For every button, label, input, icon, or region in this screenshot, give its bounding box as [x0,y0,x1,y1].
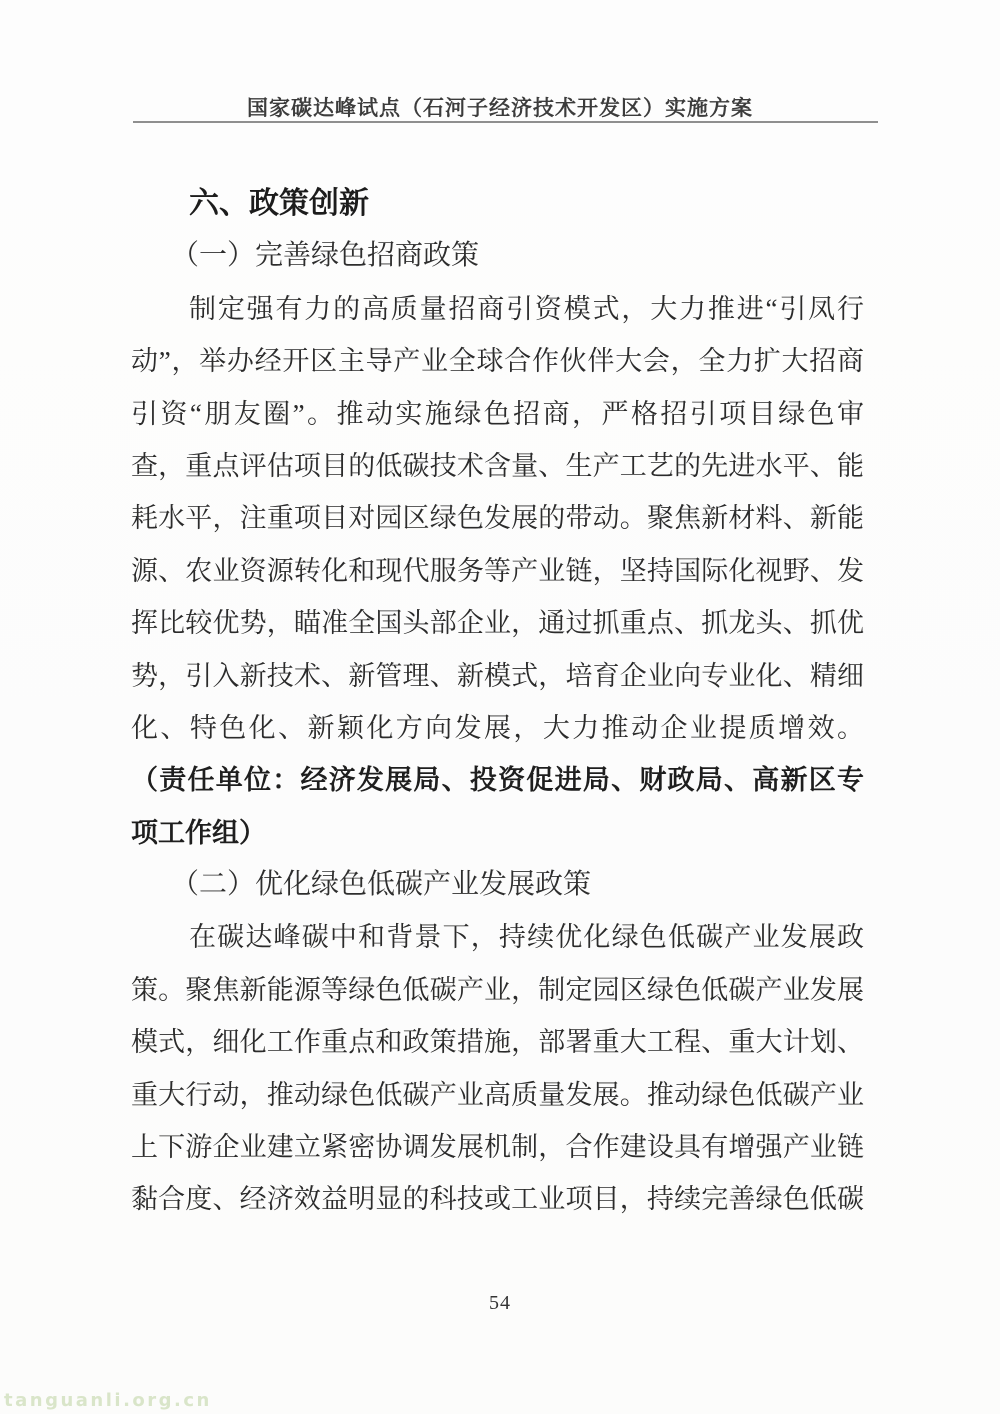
paragraph-line: 查，重点评估项目的低碳技术含量、生产工艺的先进水平、能 [131,440,864,492]
paragraph-line: 上下游企业建立紧密协调发展机制，合作建设具有增强产业链 [131,1121,864,1173]
paragraph-line: 在碳达峰碳中和背景下，持续优化绿色低碳产业发展政 [131,911,864,963]
responsible-unit-note: （责任单位：经济发展局、投资促进局、财政局、高新区专 [131,754,864,806]
paragraph-line: 源、农业资源转化和现代服务等产业链，坚持国际化视野、发 [131,545,864,597]
paragraph-line: 模式，细化工作重点和政策措施，部署重大工程、重大计划、 [131,1016,864,1068]
paragraph-line: 化、特色化、新颖化方向发展，大力推动企业提质增效。 [131,702,864,754]
document-body: 六、政策创新 （一）完善绿色招商政策 制定强有力的高质量招商引资模式，大力推进“… [131,178,864,1226]
document-page: 国家碳达峰试点（石河子经济技术开发区）实施方案 六、政策创新 （一）完善绿色招商… [0,0,1000,1414]
paragraph-line: 耗水平，注重项目对园区绿色发展的带动。聚焦新材料、新能 [131,492,864,544]
responsible-unit-note: 项工作组） [131,807,864,859]
page-number: 54 [0,1292,1000,1315]
section-heading: 六、政策创新 [131,178,864,230]
site-watermark: tanguanli.org.cn [4,1390,212,1411]
paragraph-line: 动”，举办经开区主导产业全球合作伙伴大会，全力扩大招商 [131,335,864,387]
paragraph-line: 重大行动，推动绿色低碳产业高质量发展。推动绿色低碳产业 [131,1069,864,1121]
subsection-heading-1: （一）完善绿色招商政策 [131,230,864,282]
paragraph-line: 策。聚焦新能源等绿色低碳产业，制定园区绿色低碳产业发展 [131,964,864,1016]
header-divider-rule [133,121,878,123]
page-header-title: 国家碳达峰试点（石河子经济技术开发区）实施方案 [0,92,1000,122]
paragraph-line: 黏合度、经济效益明显的科技或工业项目，持续完善绿色低碳 [131,1173,864,1225]
paragraph-line: 挥比较优势，瞄准全国头部企业，通过抓重点、抓龙头、抓优 [131,597,864,649]
paragraph-line: 势，引入新技术、新管理、新模式，培育企业向专业化、精细 [131,650,864,702]
paragraph-line: 引资“朋友圈”。推动实施绿色招商，严格招引项目绿色审 [131,388,864,440]
subsection-heading-2: （二）优化绿色低碳产业发展政策 [131,859,864,911]
paragraph-line: 制定强有力的高质量招商引资模式，大力推进“引凤行 [131,283,864,335]
